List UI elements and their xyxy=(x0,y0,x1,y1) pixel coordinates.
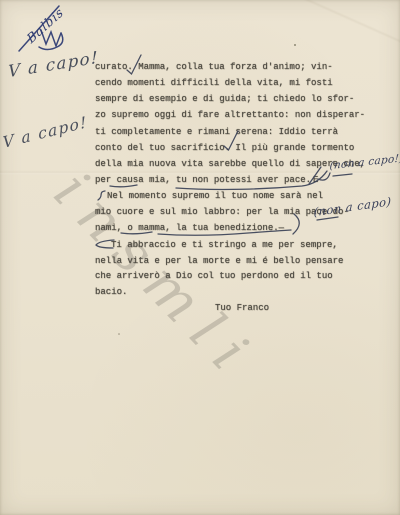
typed-line: Tuo Franco xyxy=(215,303,269,314)
typed-line: per causa mia, tu non potessi aver pace. xyxy=(95,175,311,186)
margin-note-v-a-capo-2: V a capo! xyxy=(2,113,89,152)
typed-line: sempre di esempio e di guida; ti chiedo … xyxy=(95,94,354,105)
typed-line: nami, o mamma, la tua benedizione.— xyxy=(95,223,284,234)
typed-line: curato. Mamma, colla tua forza d'animo; … xyxy=(95,62,333,73)
typed-line: della mia nuova vita sarebbe quello di s… xyxy=(95,159,365,170)
paper-speck xyxy=(294,44,296,46)
typed-line: Nel momento supremo il tuo nome sarà nel xyxy=(107,191,323,202)
typed-line: che arriverò a Dio col tuo perdono ed il… xyxy=(95,271,333,282)
paper-crease-diagonal xyxy=(288,0,400,59)
typed-line: nella vita e per la morte e mi é bello p… xyxy=(95,256,343,267)
margin-note-non-a-capo-2: (non a capo) xyxy=(314,194,392,219)
typed-line: bacio. xyxy=(95,287,127,298)
typed-line: cendo momenti difficili della vita, mi f… xyxy=(95,78,333,89)
typed-line: ti completamente e rimani serena: Iddio … xyxy=(95,127,338,138)
struck-out-character: E xyxy=(313,175,318,186)
margin-note-v-a-capo-1: V a capo! xyxy=(8,48,99,82)
typed-line: Ti abbraccio e ti stringo a me per sempr… xyxy=(111,240,338,251)
typed-line: conto del tuo sacrificio. Il più grande … xyxy=(95,143,354,154)
archival-name-note: Balbis xyxy=(24,4,66,46)
typed-line: mio cuore e sul mio labbro: per la mia p… xyxy=(95,207,349,218)
paper-speck xyxy=(118,333,120,335)
scanned-letter-page: insmli curato. Mamma, colla tua forza d'… xyxy=(0,0,400,515)
typed-line: zo supremo oggi di fare altrettanto: non… xyxy=(95,110,365,121)
